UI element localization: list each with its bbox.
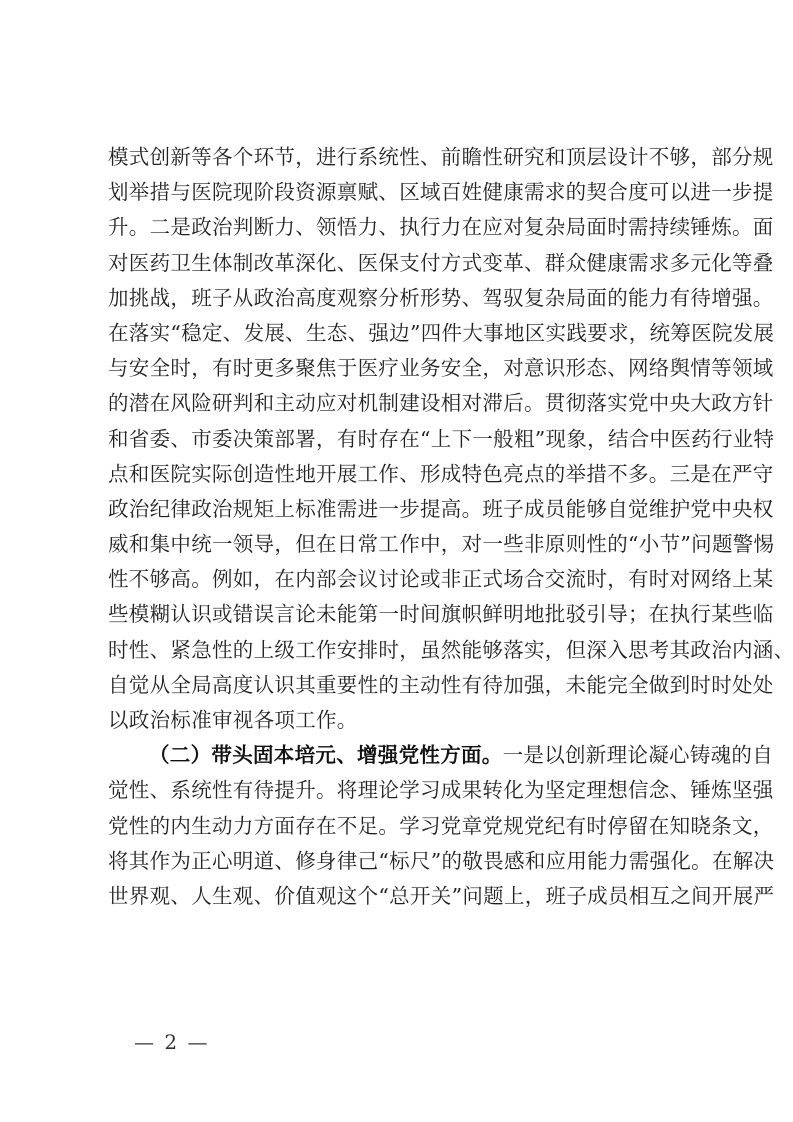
text-line: 在落实“稳定、发展、生态、强边”四件大事地区实践要求，统筹医院发展	[108, 316, 694, 351]
text-line: 性不够高。例如，在内部会议讨论或非正式场合交流时，有时对网络上某	[108, 562, 694, 597]
text-line: 威和集中统一领导，但在日常工作中，对一些非原则性的“小节”问题警惕	[108, 527, 694, 562]
text-line: 觉性、系统性有待提升。将理论学习成果转化为坚定理想信念、锤炼坚强	[108, 773, 694, 808]
text-line: 划举措与医院现阶段资源禀赋、区域百姓健康需求的契合度可以进一步提	[108, 175, 694, 210]
section-heading-line: （二）带头固本培元、增强党性方面。一是以创新理论凝心铸魂的自	[108, 738, 694, 773]
text-line: 党性的内生动力方面存在不足。学习党章党规党纪有时停留在知晓条文，	[108, 809, 694, 844]
text-line: 与安全时，有时更多聚焦于医疗业务安全，对意识形态、网络舆情等领域	[108, 351, 694, 386]
section-text: 一是以创新理论凝心铸魂的自	[503, 743, 773, 767]
text-line: 模式创新等各个环节，进行系统性、前瞻性研究和顶层设计不够，部分规	[108, 140, 694, 175]
document-page: 模式创新等各个环节，进行系统性、前瞻性研究和顶层设计不够，部分规 划举措与医院现…	[0, 0, 793, 1122]
text-line: 对医药卫生体制改革深化、医保支付方式变革、群众健康需求多元化等叠	[108, 246, 694, 281]
text-line: 世界观、人生观、价值观这个“总开关”问题上，班子成员相互之间开展严	[108, 879, 694, 914]
text-line: 自觉从全局高度认识其重要性的主动性有待加强，未能完全做到时时处处	[108, 668, 694, 703]
text-line: 点和医院实际创造性地开展工作、形成特色亮点的举措不多。三是在严守	[108, 457, 694, 492]
text-line: 和省委、市委决策部署，有时存在“上下一般粗”现象，结合中医药行业特	[108, 422, 694, 457]
page-number: — 2 —	[134, 1030, 209, 1054]
text-line: 时性、紧急性的上级工作安排时，虽然能够落实，但深入思考其政治内涵、	[108, 633, 694, 668]
document-body: 模式创新等各个环节，进行系统性、前瞻性研究和顶层设计不够，部分规 划举措与医院现…	[108, 140, 694, 914]
text-line: 将其作为正心明道、修身律己“标尺”的敬畏感和应用能力需强化。在解决	[108, 844, 694, 879]
section-heading: （二）带头固本培元、增强党性方面。	[149, 743, 503, 767]
text-line: 以政治标准审视各项工作。	[108, 703, 694, 738]
text-line: 的潜在风险研判和主动应对机制建设相对滞后。贯彻落实党中央大政方针	[108, 386, 694, 421]
text-line: 些模糊认识或错误言论未能第一时间旗帜鲜明地批驳引导；在执行某些临	[108, 597, 694, 632]
text-line: 加挑战，班子从政治高度观察分析形势、驾驭复杂局面的能力有待增强。	[108, 281, 694, 316]
text-line: 升。二是政治判断力、领悟力、执行力在应对复杂局面时需持续锤炼。面	[108, 210, 694, 245]
text-line: 政治纪律政治规矩上标准需进一步提高。班子成员能够自觉维护党中央权	[108, 492, 694, 527]
